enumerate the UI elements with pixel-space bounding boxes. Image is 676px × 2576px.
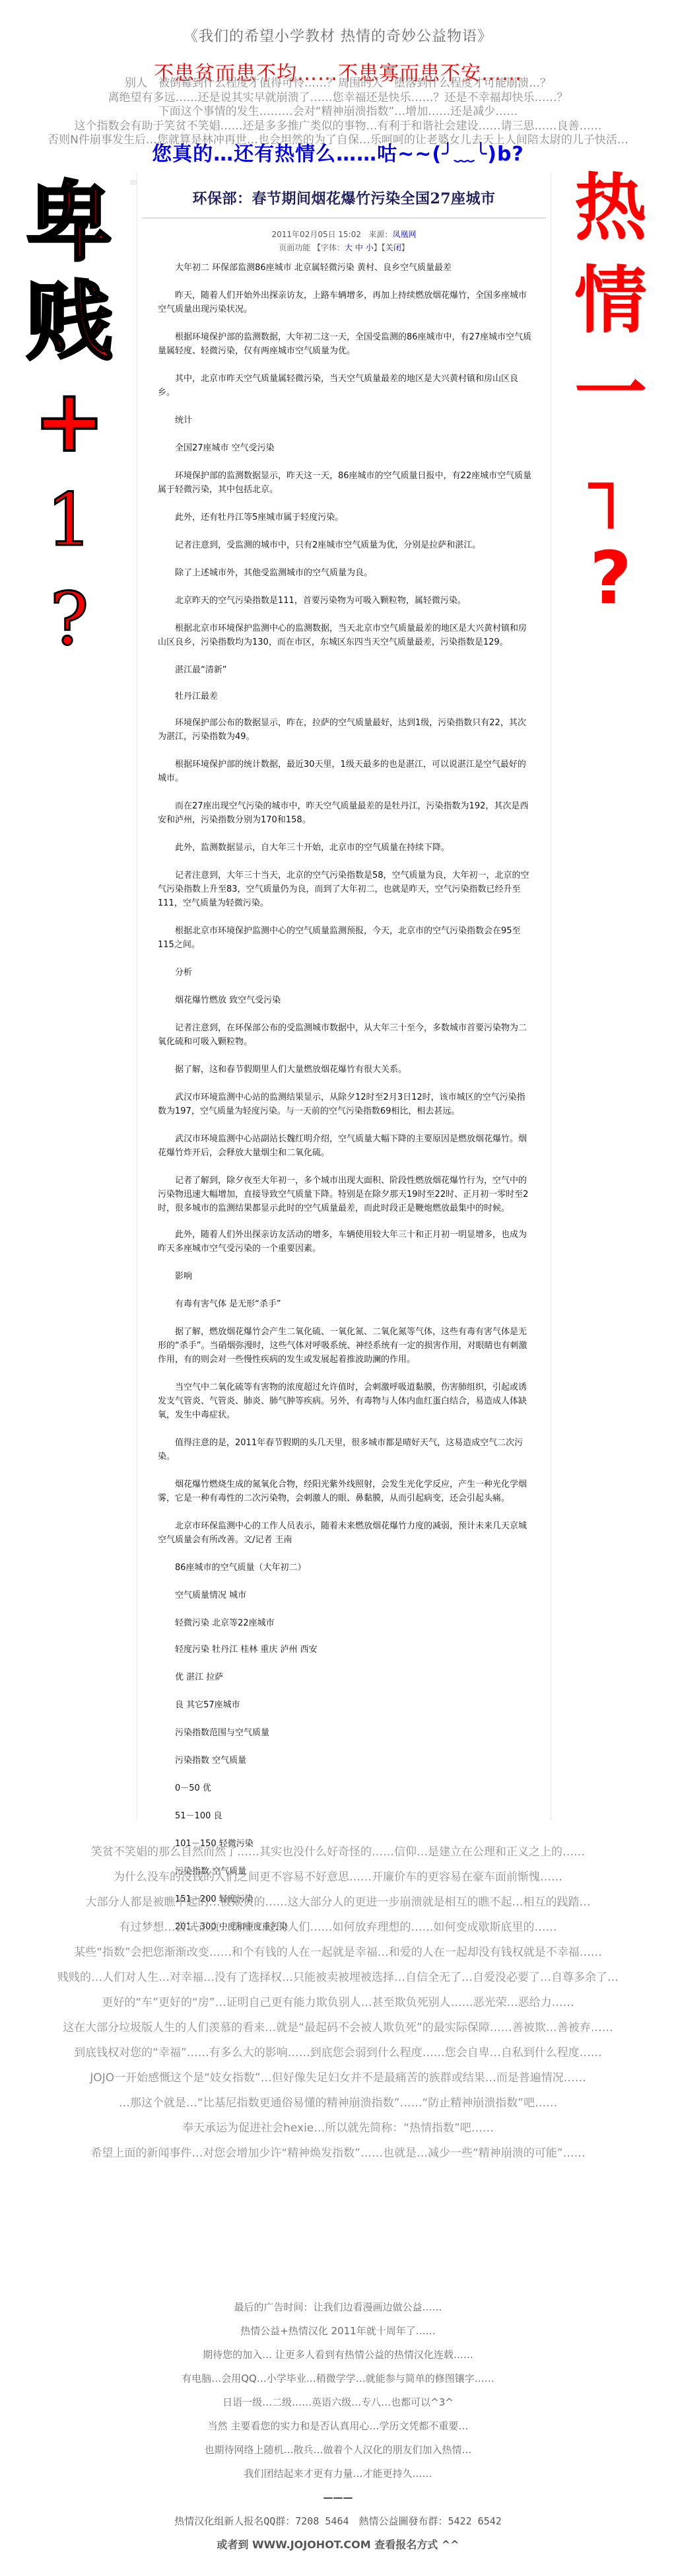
paragraph: 86座城市的空气质量（大年初二）	[158, 1561, 533, 1575]
paragraph: 当空气中二氧化硫等有害物的浓度超过允许值时，会刺激呼吸道黏膜，伤害肺组织，引起或…	[158, 1380, 533, 1422]
paragraph: 据了解，这和春节假期里人们大量燃放烟花爆竹有很大关系。	[158, 1063, 533, 1077]
corner-decoration	[130, 180, 137, 185]
outro-line: 奉天承运为促进社会hexie…所以就先简称：“热情指数”吧……	[0, 2116, 676, 2141]
paragraph: 烟花爆竹燃烧生成的氮氧化合物，经阳光紫外线照射，会发生光化学反应，产生一种光化学…	[158, 1478, 533, 1505]
outro-line: JOJO一开始感慨这个是“妓女指数”…但好像失足妇女并不是最痛苦的族群或结果…而…	[0, 2065, 676, 2091]
outro-line: 为什么没车的没钱的人们之间更不容易不好意思……开廉价车的更容易在豪车面前惭愧……	[0, 1865, 676, 1890]
ad-line: 我们团结起来才更有力量…才能更持久……	[0, 2462, 676, 2486]
font-small-link[interactable]: 小	[366, 243, 374, 252]
intro-line: 离绝望有多远……还是说其实早就崩溃了……您幸福还是快乐……？还是不幸福却快乐………	[0, 91, 676, 106]
outro-line: 到底钱权对您的“幸福”……有多么大的影响……到底您会弱到什么程度……您会自卑…自…	[0, 2040, 676, 2065]
side-glyph: 卑	[20, 173, 119, 272]
paragraph: 根据环境保护部的监测数据，大年初二这一天，全国受监测的86座城市中，有27座城市…	[158, 330, 533, 358]
intro-line: 下面这个事情的发生………会对“精神崩溃指数”…增加……还是减少……	[0, 105, 676, 120]
side-glyph: ?	[20, 569, 119, 668]
side-glyph: ?	[555, 532, 667, 624]
paragraph: 此外，还有牡丹江等5座城市属于轻度污染。	[158, 511, 533, 524]
paragraph: 污染指数 空气质量	[158, 1754, 533, 1768]
ad-line: 期待您的加入… 让更多人看到有热情公益的热情汉化连载……	[0, 2343, 676, 2367]
paragraph: 值得注意的是，2011年春节假期的头几天里，很多城市都是晴好天气，这易造成空气二…	[158, 1436, 533, 1464]
paragraph: 记者注意到，在环保部公布的受监测城市数据中，从大年三十至今，多数城市首要污染物为…	[158, 1021, 533, 1049]
paragraph: 根据环境保护部的统计数据，最近30天里，1级天最多的也是湛江，可以说湛江是空气最…	[158, 758, 533, 785]
paragraph: 良 其它57座城市	[158, 1698, 533, 1712]
side-banner-left: 卑 贱 + 1 ?	[20, 173, 119, 668]
paragraph: 武汉市环境监测中心站副站长魏红明介绍，空气质量大幅下降的主要原因是燃放烟花爆竹。…	[158, 1132, 533, 1160]
outro-line: …那这个就是…“比基尼指数更通俗易懂的精神崩溃指数”……“防止精神崩溃指数”吧……	[0, 2091, 676, 2116]
side-banner-right: 热 情 一 ┐ ?	[555, 162, 667, 624]
paragraph: 此外，随着人们外出探亲访友活动的增多，车辆使用较大年三十和正月初一明显增多，也成…	[158, 1228, 533, 1256]
paragraph: 分析	[158, 966, 533, 980]
paragraph: 51－100 良	[158, 1809, 533, 1823]
ad-line: 也期待网络上随机…散兵…做着个人汉化的朋友们加入热情…	[0, 2438, 676, 2462]
side-glyph: 1	[20, 470, 119, 569]
intro-line: 别人 被倒霉到什么程度才值得可怜……？周围的人 堕落到什么程度才可能崩溃…？	[0, 77, 676, 91]
paragraph: 其中，北京市昨天空气质量属轻微污染，当天空气质量最差的地区是大兴黄村镇和房山区良…	[158, 372, 533, 400]
publish-date: 2011年02月05日 15:02	[272, 230, 361, 239]
outro-line: 希望上面的新闻事件…对您会增加少许“精神焕发指数”……也就是…减少一些“精神崩溃…	[0, 2141, 676, 2166]
ad-line: 热情公益+热情汉化 2011年就十周年了……	[0, 2319, 676, 2343]
paragraph: 根据北京市环境保护监测中心的监测数据，当天北京市空气质量最差的地区是大兴黄村镇和…	[158, 622, 533, 649]
paragraph: 环境保护部公布的数据显示，昨在，拉萨的空气质量最好，达到1级，污染指数只有22，…	[158, 716, 533, 744]
paragraph: 全国27座城市 空气受污染	[158, 441, 533, 455]
dateline: 2011年02月05日 15:02 来源：凤凰网	[137, 228, 551, 241]
outro-line: 这在大部分垃圾版人生的人们羡慕的看来…就是“最起码不会被人欺负死”的最实际保障……	[0, 2015, 676, 2040]
outro-line: 贱贱的…人们对人生…对幸福…没有了选择权…只能被卖被埋被选择…自信全无了…自爱没…	[0, 1965, 676, 1990]
article-title: 环保部：春节期间烟花爆竹污染全国27座城市	[137, 173, 551, 208]
paragraph: 据了解，燃放烟花爆竹会产生二氧化硫、一氧化氮、二氧化氮等气体，这些有毒有害气体是…	[158, 1325, 533, 1367]
outro-line: 有过梦想…尝试正直…清廉…过的人们……如何放弃理想的……如何变成歇斯底里的……	[0, 1915, 676, 1940]
side-glyph: 贱	[20, 272, 119, 371]
ad-line: 有电脑…会用QQ…小学毕业…稍微学学…就能参与简单的修图镶字……	[0, 2367, 676, 2390]
paragraph: 北京市环保监测中心的工作人员表示，随着未来燃放烟花爆竹力度的减弱，预计未来几天京…	[158, 1519, 533, 1547]
font-medium-link[interactable]: 中	[355, 243, 363, 252]
paragraph: 轻度污染 牡丹江 桂林 重庆 泸州 西安	[158, 1643, 533, 1657]
side-glyph: 热	[555, 162, 667, 254]
outro-line: 某些“指数”会把您渐渐改变……和个有钱的人在一起就是幸福…和爱的人在一起却没有钱…	[0, 1940, 676, 1965]
intro-line: 这个指数会有助于笑贫不笑娼……还是多多推广类似的事物…有利于和谐社会建设……请三…	[0, 120, 676, 134]
paragraph: 记者注意到，大年三十当天，北京的空气污染指数是58，空气质量为良，大年初一，北京…	[158, 869, 533, 910]
close-link[interactable]: 关闭	[386, 243, 401, 252]
book-title: 《我们的希望小学教材 热情的奇妙公益物语》	[0, 25, 676, 46]
outro-line: 笑贫不笑娼的那么自然而然了……其实也没什么好奇怪的……信仰…是建立在公理和正义之…	[0, 1840, 676, 1865]
page-functions: 页面功能 【字体：大 中 小】【关闭】	[137, 241, 551, 254]
paragraph: 北京昨天的空气污染指数是111，首要污染物为可吸入颗粒物，属轻微污染。	[158, 594, 533, 608]
side-glyph: 一	[555, 347, 667, 439]
font-large-link[interactable]: 大	[345, 243, 353, 252]
source-label: 来源：	[368, 230, 392, 239]
paragraph: 武汉市环境监测中心站的监测结果显示，从除夕12时至2月3日12时，该市城区的空气…	[158, 1091, 533, 1118]
paragraph: 烟花爆竹燃放 致空气受污染	[158, 993, 533, 1007]
paragraph: 除了上述城市外，其他受监测城市的空气质量为良。	[158, 566, 533, 580]
paragraph: 记者了解到，除夕夜至大年初一，多个城市出现大面积、阶段性燃放烟花爆竹行为，空气中…	[158, 1174, 533, 1215]
paragraph: 牡丹江最差	[158, 690, 533, 703]
paragraph: 统计	[158, 413, 533, 427]
side-glyph: +	[20, 371, 119, 470]
paragraph: 有毒有害气体 是无形“杀手”	[158, 1297, 533, 1311]
ad-line: 日语一级…二级……英语六级…专八…也都可以^3^	[0, 2390, 676, 2414]
paragraph: 大年初二 环保部监测86座城市 北京属轻微污染 黄村、良乡空气质量最差	[158, 261, 533, 275]
side-glyph: 情	[555, 254, 667, 347]
news-article: 环保部：春节期间烟花爆竹污染全国27座城市 2011年02月05日 15:02 …	[137, 173, 551, 1820]
paragraph: 昨天，随着人们开始外出探亲访友，上路车辆增多，再加上持续燃放烟花爆竹，全国多座城…	[158, 289, 533, 316]
paragraph: 影响	[158, 1270, 533, 1283]
paragraph: 空气质量情况 城市	[158, 1589, 533, 1602]
paragraph: 此外，监测数据显示，自大年三十开始，北京市的空气质量在持续下降。	[158, 841, 533, 855]
ad-line: 当然 主要看您的实力和是否认真用心…学历文凭都不重要…	[0, 2414, 676, 2438]
outro-line: 大部分人都是被瞧不起的…被欺负的……这大部分人的更进一步崩溃就是相互的瞧不起…相…	[0, 1890, 676, 1915]
functions-end: 】	[401, 243, 409, 252]
outro-commentary: 笑贫不笑娼的那么自然而然了……其实也没什么好奇怪的……信仰…是建立在公理和正义之…	[0, 1840, 676, 2166]
paragraph: 根据北京市环境保护监测中心的空气质量监测预报，今天，北京市的空气污染指数会在95…	[158, 924, 533, 952]
functions-mid: 】【	[374, 243, 386, 252]
paragraph: 优 湛江 拉萨	[158, 1670, 533, 1684]
source-link[interactable]: 凤凰网	[392, 230, 416, 239]
functions-label: 页面功能 【字体：	[279, 243, 345, 252]
side-glyph: ┐	[555, 439, 667, 532]
paragraph: 湛江最“清新”	[158, 663, 533, 677]
paragraph: 轻微污染 北京等22座城市	[158, 1616, 533, 1630]
separator: ———	[0, 2486, 676, 2509]
paragraph: 环境保护部的监测数据显示，昨天这一天，86座城市的空气质量日报中，有22座城市空…	[158, 469, 533, 497]
recruitment-ad: 最后的广告时间：让我们边看漫画边做公益…… 热情公益+热情汉化 2011年就十周…	[0, 2295, 676, 2557]
qq-group-contact: 热情汉化组新人报名QQ群：7208 5464 熱情公益圖發布群：5422 654…	[0, 2509, 676, 2533]
article-body: 大年初二 环保部监测86座城市 北京属轻微污染 黄村、良乡空气质量最差 昨天，随…	[137, 254, 551, 1934]
paragraph: 而在27座出现空气污染的城市中，昨天空气质量最差的是牡丹江，污染指数为192，其…	[158, 799, 533, 827]
title-divider	[142, 217, 546, 219]
website-line: 或者到 WWW.JOJOHOT.COM 查看报名方式 ^^	[0, 2533, 676, 2557]
paragraph: 污染指数范围与空气质量	[158, 1726, 533, 1740]
paragraph: 记者注意到，受监测的城市中，只有2座城市空气质量为优，分别是拉萨和湛江。	[158, 538, 533, 552]
article-meta: 2011年02月05日 15:02 来源：凤凰网 页面功能 【字体：大 中 小】…	[137, 228, 551, 254]
outro-line: 更好的“车”更好的“房”…证明自己更有能力欺负别人…甚至欺负死别人……恶光荣…恶…	[0, 1990, 676, 2015]
paragraph: 0－50 优	[158, 1781, 533, 1795]
ad-line: 最后的广告时间：让我们边看漫画边做公益……	[0, 2295, 676, 2319]
